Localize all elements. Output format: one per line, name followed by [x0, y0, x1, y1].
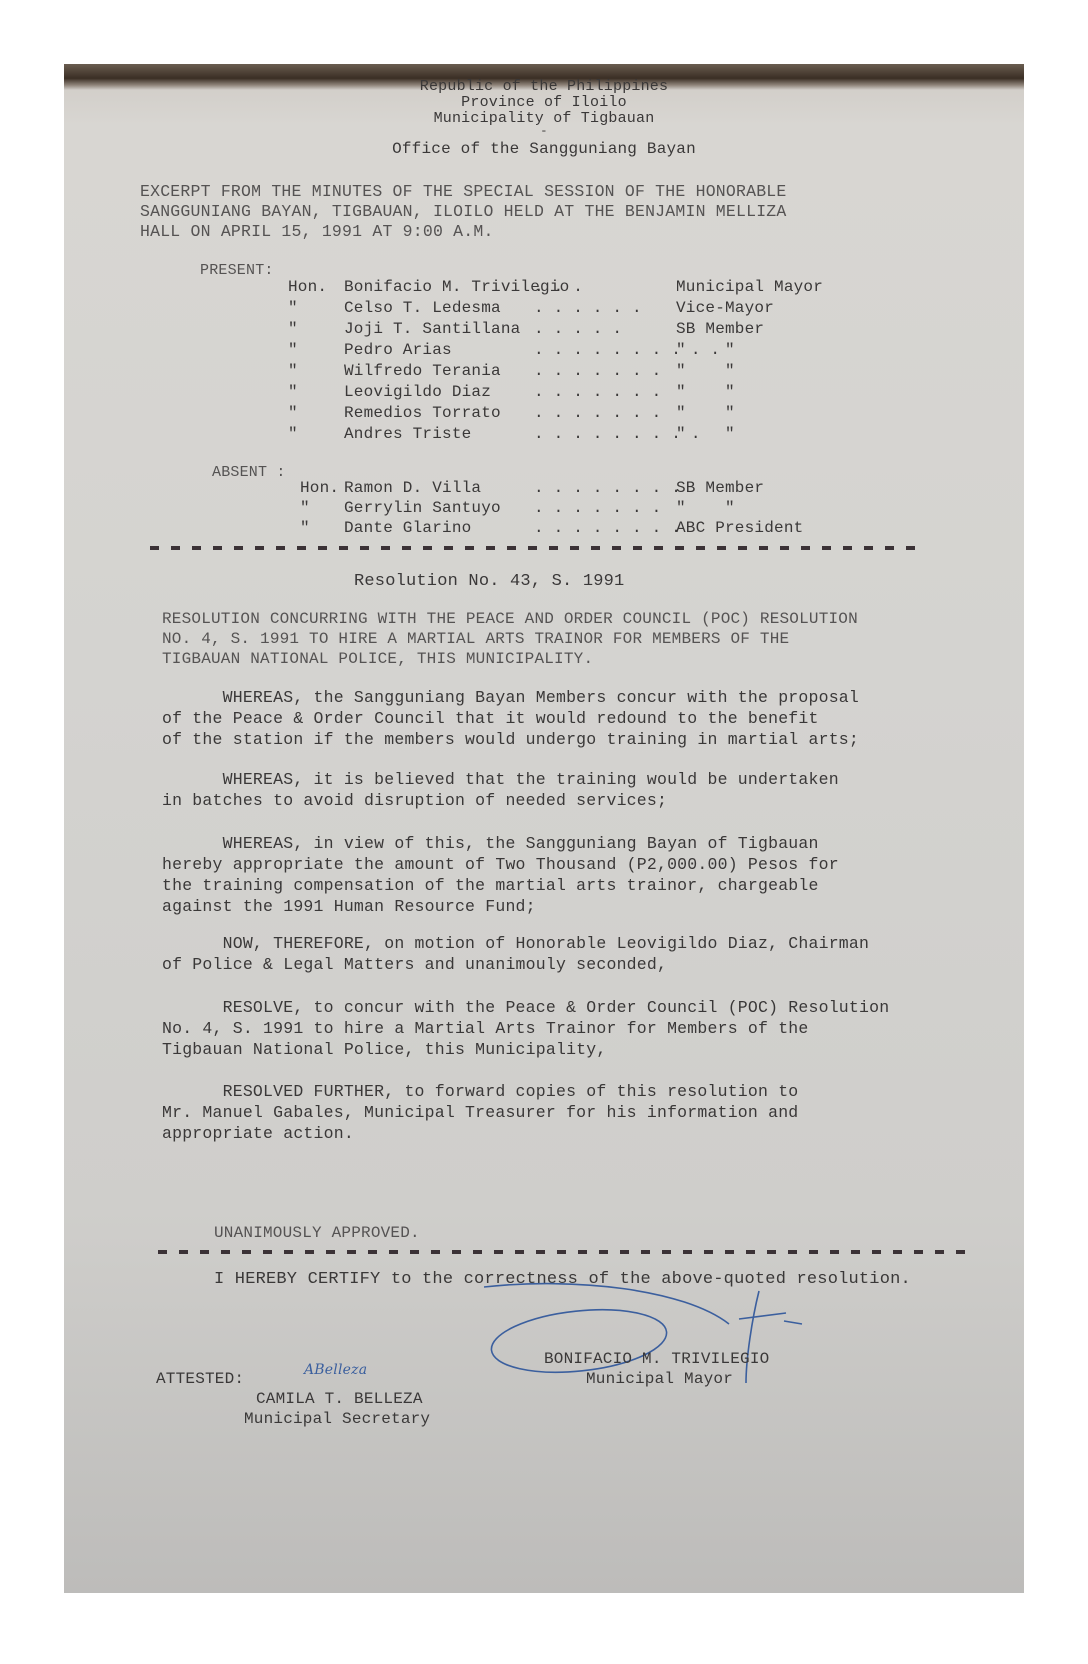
paragraph-line: hereby appropriate the amount of Two Tho… [162, 855, 839, 874]
member-name: Celso T. Ledesma [344, 299, 501, 317]
member-position: " " [676, 362, 735, 380]
member-name: Leovigildo Diaz [344, 383, 491, 401]
paragraph-line: of Police & Legal Matters and unanimouly… [162, 955, 667, 974]
member-position: " " [676, 404, 735, 422]
paragraph-line: WHEREAS, in view of this, the Sanggunian… [162, 834, 819, 853]
separator-dashes [150, 546, 920, 550]
excerpt-line: HALL ON APRIL 15, 1991 AT 9:00 A.M. [140, 222, 494, 241]
paragraph-line: WHEREAS, the Sangguniang Bayan Members c… [162, 688, 859, 707]
mayor-name: BONIFACIO M. TRIVILEGIO [544, 1350, 769, 1368]
present-label: PRESENT: [200, 262, 274, 279]
attendance-prefix: " [288, 299, 298, 317]
member-position: Municipal Mayor [676, 278, 823, 296]
leader-dots: . . . . . . . [534, 499, 661, 517]
attested-label: ATTESTED: [156, 1370, 244, 1388]
document-page: Republic of the Philippines Province of … [64, 64, 1024, 1593]
leader-dots: . . . . . . . . [534, 479, 681, 497]
member-name: Pedro Arias [344, 341, 452, 359]
resolution-title-line: TIGBAUAN NATIONAL POLICE, THIS MUNICIPAL… [162, 650, 593, 668]
member-name: Gerrylin Santuyo [344, 499, 501, 517]
attendance-prefix: " [288, 404, 298, 422]
attendance-prefix: " [300, 519, 310, 537]
member-position: ABC President [676, 519, 803, 537]
attendance-prefix: " [288, 383, 298, 401]
attendance-prefix: " [288, 362, 298, 380]
member-position: " " [676, 499, 735, 517]
paragraph-line: appropriate action. [162, 1124, 354, 1143]
resolution-title-line: NO. 4, S. 1991 TO HIRE A MARTIAL ARTS TR… [162, 630, 789, 648]
paragraph-line: of the station if the members would unde… [162, 730, 859, 749]
leader-dots: . . . . . . [534, 299, 642, 317]
approval-text: UNANIMOUSLY APPROVED. [214, 1224, 420, 1242]
attendance-prefix: " [288, 341, 298, 359]
attendance-prefix: " [300, 499, 310, 517]
attendance-prefix: Hon. [288, 278, 327, 296]
secretary-title: Municipal Secretary [244, 1410, 430, 1428]
leader-dots: . . . . . . . [534, 404, 661, 422]
mayor-title: Municipal Mayor [586, 1370, 733, 1388]
header-republic: Republic of the Philippines [64, 78, 1024, 95]
member-name: Joji T. Santillana [344, 320, 520, 338]
member-position: SB Member [676, 479, 764, 497]
attendance-prefix: " [288, 425, 298, 443]
paragraph-line: Mr. Manuel Gabales, Municipal Treasurer … [162, 1103, 798, 1122]
excerpt-line: SANGGUNIANG BAYAN, TIGBAUAN, ILOILO HELD… [140, 202, 787, 221]
paragraph-line: against the 1991 Human Resource Fund; [162, 897, 536, 916]
paragraph-line: NOW, THEREFORE, on motion of Honorable L… [162, 934, 869, 953]
paragraph-line: Tigbauan National Police, this Municipal… [162, 1040, 606, 1059]
header-province: Province of Iloilo [64, 94, 1024, 111]
member-position: SB Member [676, 320, 764, 338]
member-name: Wilfredo Terania [344, 362, 501, 380]
member-name: Dante Glarino [344, 519, 471, 537]
leader-dots: . . . . . . . [534, 383, 661, 401]
leader-dots: . . . . . [534, 320, 622, 338]
member-position: " " [676, 425, 735, 443]
resolution-title-line: RESOLUTION CONCURRING WITH THE PEACE AND… [162, 610, 858, 628]
header-separator: - [64, 124, 1024, 138]
attendance-prefix: Hon. [300, 479, 339, 497]
member-name: Ramon D. Villa [344, 479, 481, 497]
member-position: Vice-Mayor [676, 299, 774, 317]
paragraph-line: WHEREAS, it is believed that the trainin… [162, 770, 839, 789]
member-position: " " [676, 383, 735, 401]
office-title: Office of the Sangguniang Bayan [64, 140, 1024, 158]
separator-dashes [158, 1250, 968, 1254]
paragraph-line: in batches to avoid disruption of needed… [162, 791, 667, 810]
secretary-name: CAMILA T. BELLEZA [256, 1390, 423, 1408]
leader-dots: . . . . . . . [534, 362, 661, 380]
member-name: Remedios Torrato [344, 404, 501, 422]
member-position: " " [676, 341, 735, 359]
attendance-prefix: " [288, 320, 298, 338]
secretary-signature: ABelleza [304, 1362, 367, 1378]
absent-label: ABSENT : [212, 464, 286, 481]
excerpt-line: EXCERPT FROM THE MINUTES OF THE SPECIAL … [140, 182, 787, 201]
member-name: Andres Triste [344, 425, 471, 443]
leader-dots: . . . [534, 278, 583, 296]
paragraph-line: No. 4, S. 1991 to hire a Martial Arts Tr… [162, 1019, 809, 1038]
paragraph-line: the training compensation of the martial… [162, 876, 819, 895]
paragraph-line: RESOLVED FURTHER, to forward copies of t… [162, 1082, 798, 1101]
leader-dots: . . . . . . . . [534, 519, 681, 537]
resolution-number: Resolution No. 43, S. 1991 [354, 572, 624, 591]
paragraph-line: RESOLVE, to concur with the Peace & Orde… [162, 998, 889, 1017]
paragraph-line: of the Peace & Order Council that it wou… [162, 709, 819, 728]
